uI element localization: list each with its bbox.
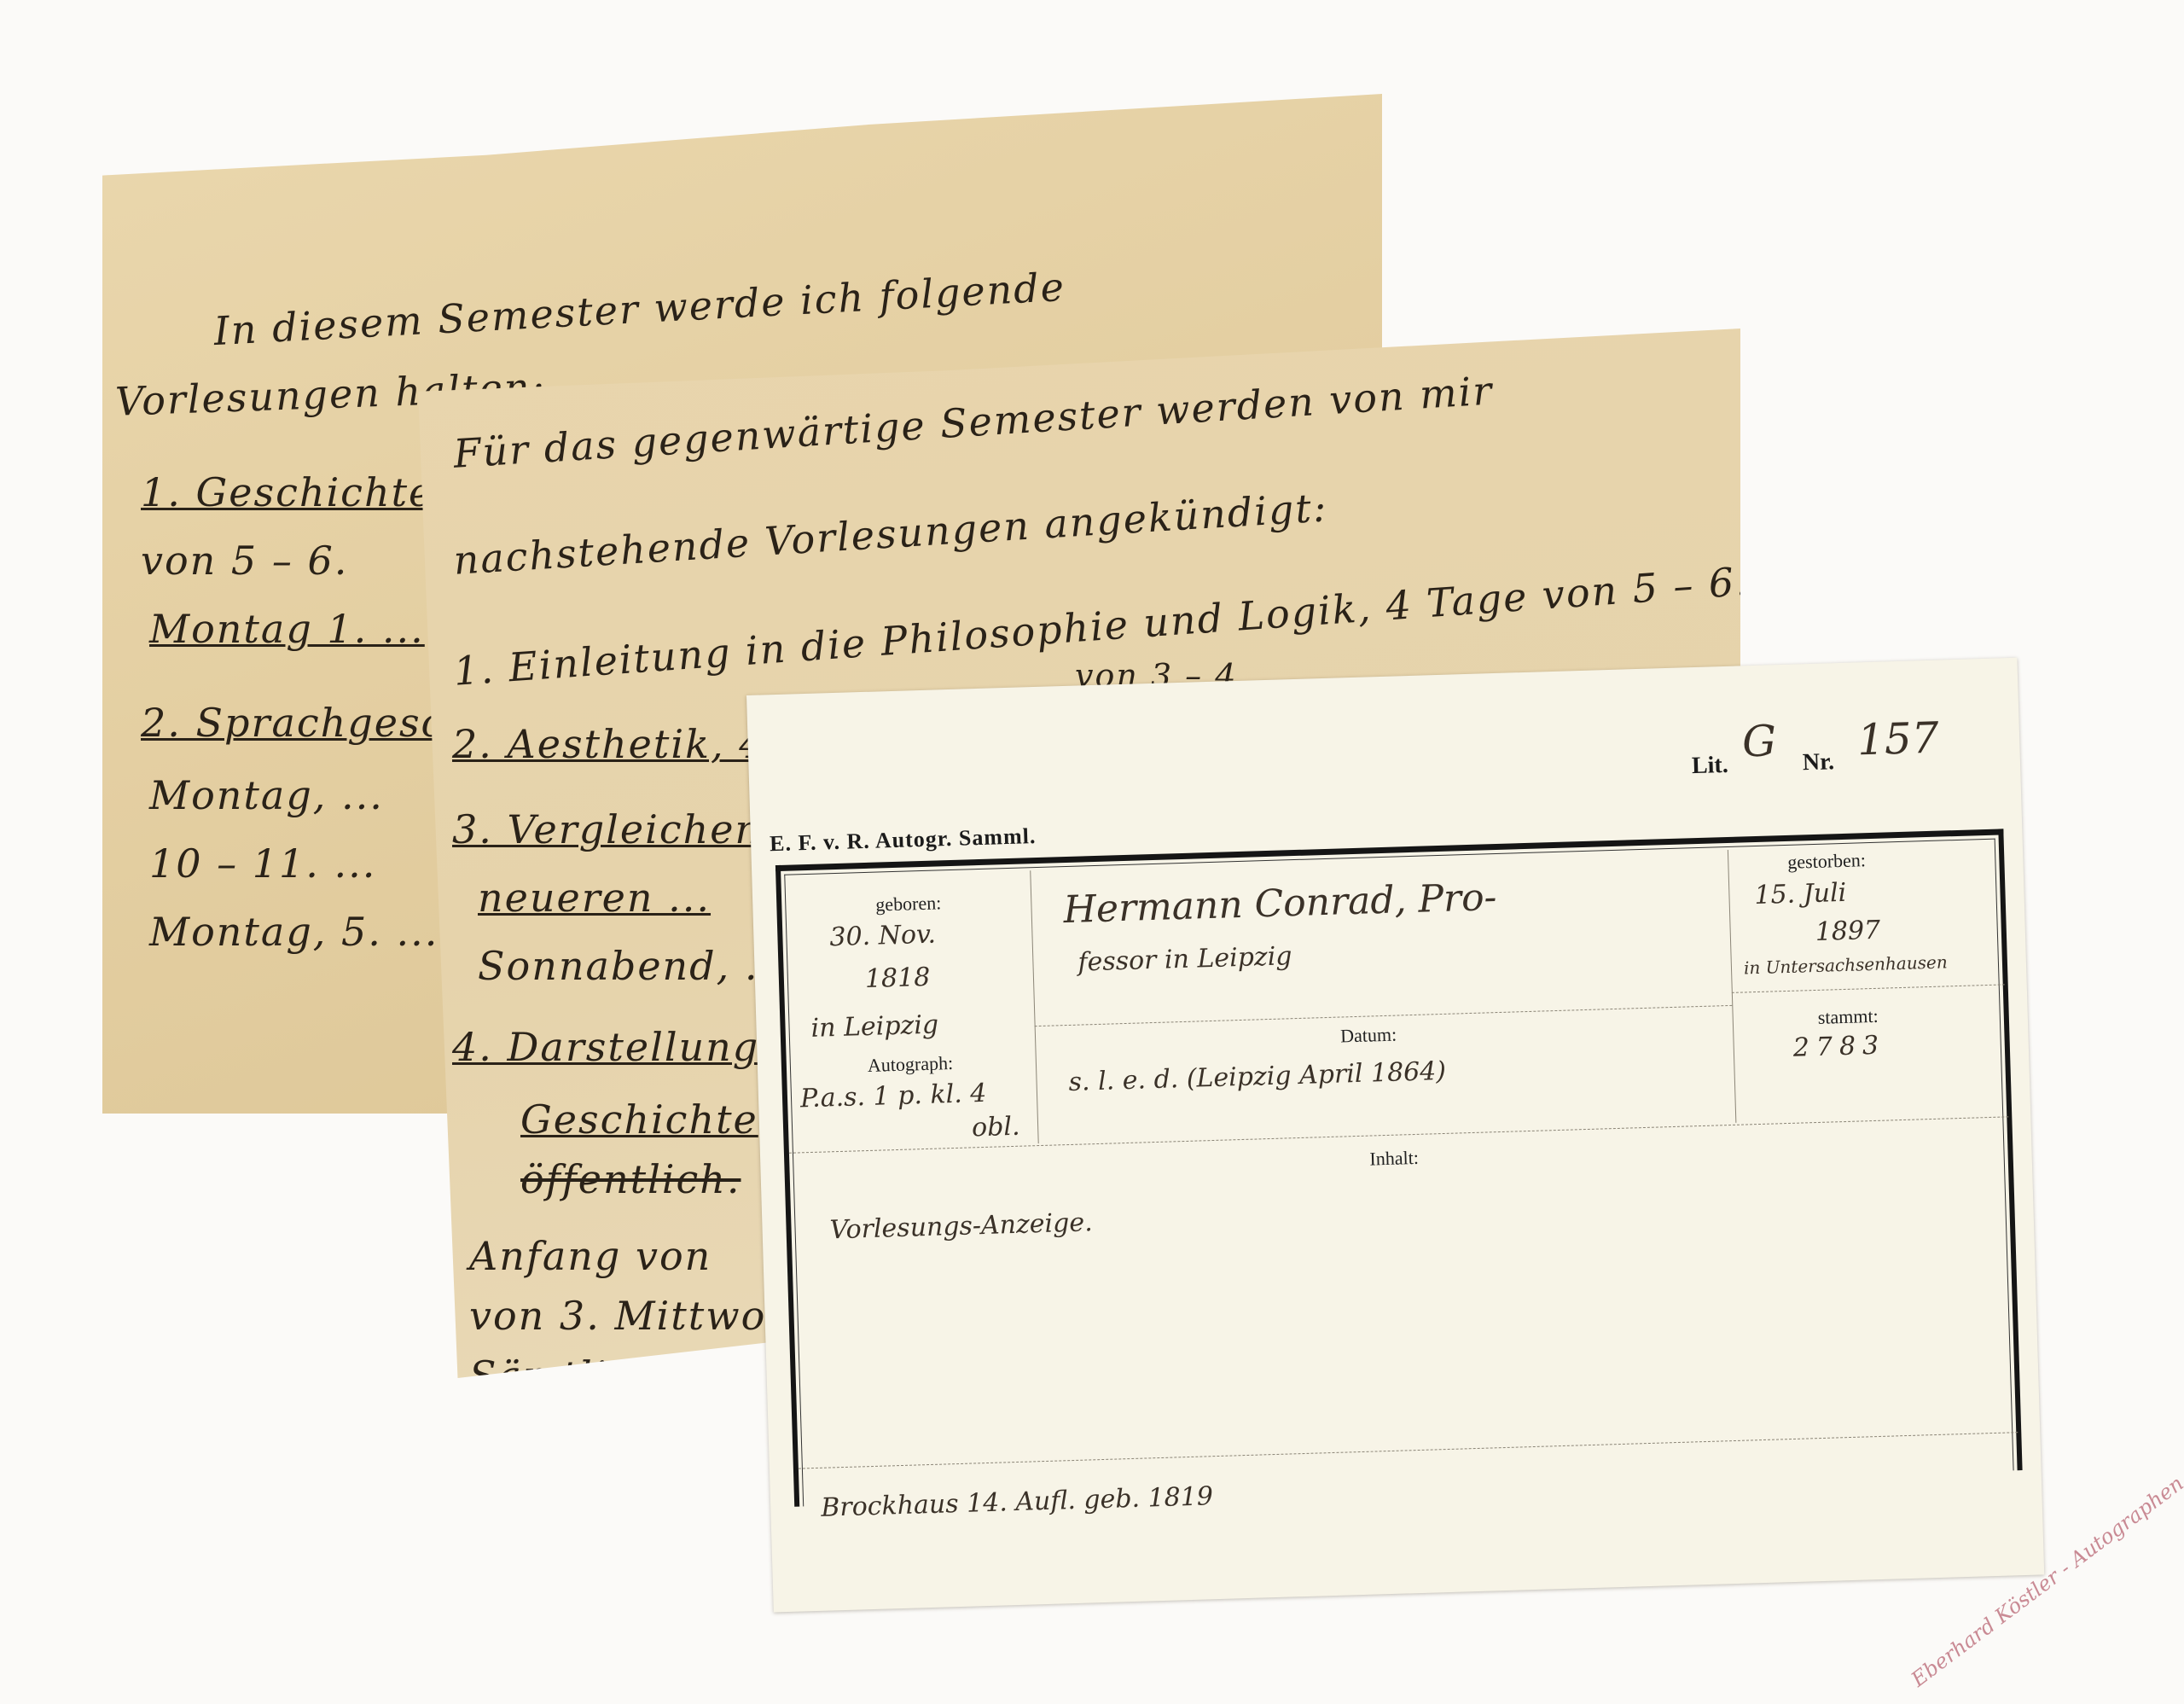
date-value: s. l. e. d. (Leipzig April 1864) — [1068, 1056, 1446, 1097]
lit-label: Lit. — [1691, 752, 1728, 780]
manuscript-line: Montag 1. ... — [149, 606, 425, 652]
autograph-type: P.a.s. 1 p. kl. 4 — [800, 1079, 987, 1114]
person-name: Hermann Conrad, Pro- — [1063, 875, 1497, 932]
collection-header: E. F. v. R. Autogr. Samml. — [770, 823, 1037, 857]
autograph-catalog-card: E. F. v. R. Autogr. Samml. Lit. G Nr. 15… — [746, 658, 2044, 1613]
lit-label-text: Lit. — [1691, 752, 1728, 779]
manuscript-line: nachstehende Vorlesungen angekündigt: — [452, 484, 1329, 584]
autograph-format: obl. — [972, 1112, 1020, 1143]
divider — [1030, 870, 1038, 1143]
manuscript-line: Sonnabend, ... — [478, 943, 787, 989]
manuscript-line: In diesem Semester werde ich folgende — [212, 264, 1066, 354]
manuscript-line: Montag, 5. ... — [149, 909, 439, 955]
content-value: Vorlesungs-Anzeige. — [829, 1207, 1093, 1245]
lit-value: G — [1741, 716, 1777, 766]
manuscript-line: Montag, ... — [149, 772, 384, 818]
provenance-label: stammt: — [1817, 1005, 1879, 1029]
born-place: in Leipzig — [810, 1010, 939, 1044]
died-place: in Untersachsenhausen — [1744, 951, 1948, 978]
manuscript-line: Geschichte — [520, 1096, 758, 1143]
date-label: Datum: — [1340, 1024, 1397, 1048]
nr-value: 157 — [1856, 713, 1939, 765]
died-year: 1897 — [1815, 916, 1880, 947]
died-date: 15. Juli — [1754, 878, 1847, 910]
born-date: 30. Nov. — [829, 920, 936, 953]
manuscript-line: von 5 – 6. — [141, 538, 348, 584]
born-label: geboren: — [875, 892, 942, 916]
manuscript-line: Sämtliche ... — [469, 1352, 741, 1399]
autograph-label: Autograph: — [868, 1052, 954, 1077]
manuscript-line: 10 – 11. ... — [149, 840, 376, 887]
card-frame: geboren: 30. Nov. 1818 in Leipzig Herman… — [775, 829, 2023, 1506]
manuscript-line: Anfang von — [469, 1233, 712, 1279]
divider — [1732, 984, 2005, 992]
born-year: 1818 — [864, 962, 930, 994]
died-label: gestorben: — [1787, 849, 1866, 874]
manuscript-line: neueren ... — [478, 875, 711, 921]
nr-label: Nr. — [1802, 748, 1834, 776]
person-description: fessor in Leipzig — [1077, 941, 1292, 977]
manuscript-line: öffentlich. — [520, 1156, 741, 1202]
divider — [1728, 850, 1736, 1123]
provenance-value: 2783 — [1792, 1031, 1885, 1063]
reference-note: Brockhaus 14. Aufl. geb. 1819 — [821, 1481, 1214, 1523]
divider — [799, 1432, 2018, 1468]
content-label: Inhalt: — [1369, 1147, 1419, 1171]
